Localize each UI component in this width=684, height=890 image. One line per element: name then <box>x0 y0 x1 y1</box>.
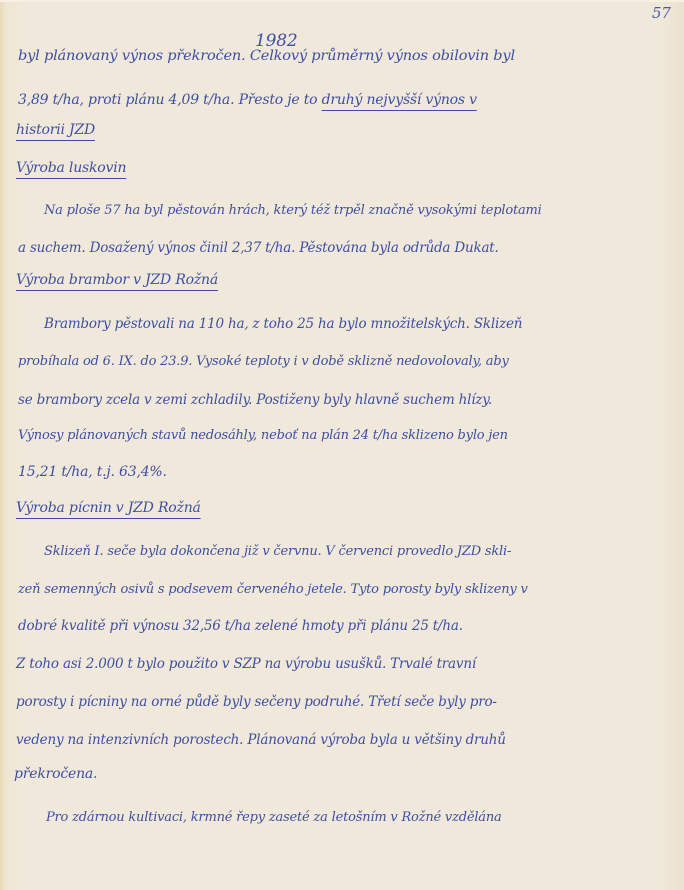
paragraph-line: Pro zdárnou kultivaci, krmné řepy zaseté… <box>46 810 502 825</box>
paragraph-line: dobré kvalitě při výnosu 32,56 t/ha zele… <box>18 618 463 634</box>
page-number: 57 <box>652 4 671 22</box>
paragraph-line: Na ploše 57 ha byl pěstován hrách, který… <box>44 203 542 218</box>
paragraph-line: Z toho asi 2.000 t bylo použito v SZP na… <box>16 656 476 672</box>
paragraph-line: porosty i pícniny na orné půdě byly seče… <box>16 694 497 710</box>
paragraph-line: a suchem. Dosažený výnos činil 2,37 t/ha… <box>18 240 499 256</box>
paragraph-line: 15,21 t/ha, t.j. 63,4%. <box>18 464 167 480</box>
paragraph-line: Výnosy plánovaných stavů nedosáhly, nebo… <box>18 428 508 443</box>
paragraph-line: zeň semenných osivů s podsevem červeného… <box>18 582 528 597</box>
text-line: historii JZD <box>16 122 95 138</box>
section-heading-picniny: Výroba pícnin v JZD Rožná <box>16 500 201 516</box>
underlined-text: druhý nejvyšší výnos v <box>322 92 477 108</box>
paragraph-line: překročena. <box>14 766 97 782</box>
text-line: 3,89 t/ha, proti plánu 4,09 t/ha. Přesto… <box>18 92 477 108</box>
paragraph-line: se brambory zcela v zemi zchladily. Post… <box>18 392 492 408</box>
section-heading-luskoviny: Výroba luskovin <box>16 160 126 176</box>
paragraph-line: Brambory pěstovali na 110 ha, z toho 25 … <box>44 316 522 332</box>
paragraph-line: vedeny na intenzivních porostech. Plánov… <box>16 732 506 748</box>
paragraph-line: Sklizeň I. seče byla dokončena již v čer… <box>44 544 511 559</box>
paragraph-line: probíhala od 6. IX. do 23.9. Vysoké tepl… <box>18 354 509 369</box>
section-heading-brambory: Výroba brambor v JZD Rožná <box>16 272 218 288</box>
text-segment: 3,89 t/ha, proti plánu 4,09 t/ha. Přesto… <box>18 92 322 108</box>
notebook-page: 57 1982 byl plánovaný výnos překročen. C… <box>0 0 684 890</box>
text-line: byl plánovaný výnos překročen. Celkový p… <box>18 48 515 64</box>
